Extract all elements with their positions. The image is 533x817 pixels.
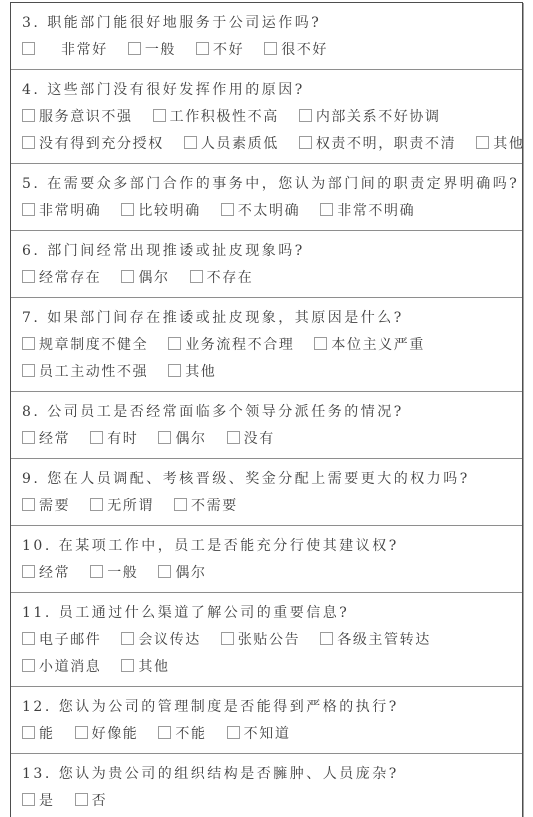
checkbox-option[interactable]: 非常明确	[22, 198, 101, 225]
checkbox-icon[interactable]	[121, 659, 134, 672]
checkbox-option[interactable]: 好像能	[75, 721, 139, 748]
question-title-7: 7. 如果部门间存在推诿或扯皮现象，其原因是什么?	[22, 305, 512, 332]
option-label: 有时	[107, 431, 138, 447]
checkbox-option[interactable]: 不知道	[227, 721, 291, 748]
option-label: 经常存在	[39, 270, 101, 286]
checkbox-icon[interactable]	[22, 270, 35, 283]
checkbox-option[interactable]: 偶尔	[158, 426, 206, 453]
checkbox-option[interactable]: 业务流程不合理	[168, 332, 294, 359]
question-row-13: 13. 您认为贵公司的组织结构是否臃肿、人员庞杂?是否	[11, 753, 522, 817]
checkbox-icon[interactable]	[22, 498, 35, 511]
question-row-4: 4. 这些部门没有很好发挥作用的原因?服务意识不强工作积极性不高内部关系不好协调…	[11, 69, 522, 163]
checkbox-option[interactable]: 小道消息	[22, 654, 101, 681]
option-label: 电子邮件	[39, 632, 101, 648]
option-label: 服务意识不强	[39, 109, 133, 125]
option-label: 不需要	[191, 498, 238, 514]
checkbox-icon[interactable]	[22, 109, 35, 122]
checkbox-icon[interactable]	[22, 203, 35, 216]
option-label: 非常不明确	[337, 203, 415, 219]
checkbox-icon[interactable]	[75, 793, 88, 806]
option-label: 业务流程不合理	[185, 337, 294, 353]
question-row-11: 11. 员工通过什么渠道了解公司的重要信息?电子邮件会议传达张贴公告各级主管转达…	[11, 592, 522, 686]
option-label: 本位主义严重	[331, 337, 425, 353]
checkbox-option[interactable]: 经常	[22, 426, 70, 453]
checkbox-option[interactable]: 有时	[90, 426, 138, 453]
checkbox-icon[interactable]	[320, 632, 333, 645]
options-row: 经常一般偶尔	[22, 560, 512, 587]
option-label: 偶尔	[175, 431, 206, 447]
checkbox-icon[interactable]	[22, 136, 35, 149]
checkbox-option[interactable]: 本位主义严重	[314, 332, 425, 359]
option-label: 不好	[213, 42, 244, 58]
option-label: 偶尔	[175, 565, 206, 581]
option-label: 其他	[185, 364, 216, 380]
checkbox-icon[interactable]	[121, 632, 134, 645]
question-row-12: 12. 您认为公司的管理制度是否能得到严格的执行?能好像能不能不知道	[11, 686, 522, 753]
option-label: 一般	[107, 565, 138, 581]
checkbox-icon[interactable]	[221, 632, 234, 645]
option-label: 会议传达	[138, 632, 200, 648]
checkbox-icon[interactable]	[22, 42, 35, 55]
checkbox-icon[interactable]	[476, 136, 489, 149]
option-label: 经常	[39, 431, 70, 447]
checkbox-icon[interactable]	[174, 498, 187, 511]
checkbox-icon[interactable]	[158, 726, 171, 739]
option-label: 一般	[145, 42, 176, 58]
question-row-9: 9. 您在人员调配、考核晋级、奖金分配上需要更大的权力吗?需要无所谓不需要	[11, 458, 522, 525]
options-row: 规章制度不健全业务流程不合理本位主义严重	[22, 332, 512, 359]
checkbox-option[interactable]: 各级主管转达	[320, 627, 431, 654]
checkbox-icon[interactable]	[264, 42, 277, 55]
checkbox-option[interactable]: 很不好	[264, 37, 328, 64]
question-title-9: 9. 您在人员调配、考核晋级、奖金分配上需要更大的权力吗?	[22, 466, 512, 493]
checkbox-icon[interactable]	[22, 726, 35, 739]
checkbox-option[interactable]: 一般	[90, 560, 138, 587]
question-title-13: 13. 您认为贵公司的组织结构是否臃肿、人员庞杂?	[22, 761, 512, 788]
checkbox-option[interactable]: 内部关系不好协调	[299, 104, 441, 131]
option-label: 不太明确	[238, 203, 300, 219]
checkbox-icon[interactable]	[158, 565, 171, 578]
checkbox-icon[interactable]	[22, 793, 35, 806]
options-row: 是否	[22, 788, 512, 815]
option-label: 权责不明，职责不清	[316, 136, 456, 152]
checkbox-option[interactable]: 电子邮件	[22, 627, 101, 654]
checkbox-icon[interactable]	[90, 498, 103, 511]
checkbox-icon[interactable]	[320, 203, 333, 216]
question-title-8: 8. 公司员工是否经常面临多个领导分派任务的情况?	[22, 399, 512, 426]
option-label: 张贴公告	[238, 632, 300, 648]
option-label: 没有	[244, 431, 275, 447]
checkbox-icon[interactable]	[221, 203, 234, 216]
options-row: 能好像能不能不知道	[22, 721, 512, 748]
checkbox-icon[interactable]	[90, 431, 103, 444]
checkbox-option[interactable]: 非常好	[22, 37, 108, 64]
question-row-5: 5. 在需要众多部门合作的事务中，您认为部门间的职责定界明确吗?非常明确比较明确…	[11, 163, 522, 230]
question-title-4: 4. 这些部门没有很好发挥作用的原因?	[22, 77, 512, 104]
checkbox-option[interactable]: 比较明确	[121, 198, 200, 225]
checkbox-icon[interactable]	[90, 565, 103, 578]
checkbox-option[interactable]: 其他	[476, 131, 524, 158]
option-label: 比较明确	[138, 203, 200, 219]
option-label: 小道消息	[39, 659, 101, 675]
options-row: 没有得到充分授权人员素质低权责不明，职责不清其他	[22, 131, 512, 158]
checkbox-icon[interactable]	[196, 42, 209, 55]
checkbox-icon[interactable]	[168, 364, 181, 377]
options-row: 经常有时偶尔没有	[22, 426, 512, 453]
option-label: 工作积极性不高	[170, 109, 279, 125]
option-label: 不存在	[207, 270, 254, 286]
option-label: 内部关系不好协调	[316, 109, 441, 125]
option-label: 人员素质低	[201, 136, 279, 152]
checkbox-option[interactable]: 偶尔	[158, 560, 206, 587]
checkbox-option[interactable]: 经常	[22, 560, 70, 587]
option-label: 能	[39, 726, 55, 742]
checkbox-icon[interactable]	[158, 431, 171, 444]
options-row: 服务意识不强工作积极性不高内部关系不好协调	[22, 104, 512, 131]
question-title-6: 6. 部门间经常出现推诿或扯皮现象吗?	[22, 238, 512, 265]
option-label: 其他	[493, 136, 524, 152]
question-row-6: 6. 部门间经常出现推诿或扯皮现象吗?经常存在偶尔不存在	[11, 230, 522, 297]
options-row: 非常好一般不好很不好	[22, 37, 512, 64]
option-label: 各级主管转达	[337, 632, 431, 648]
checkbox-option[interactable]: 不能	[158, 721, 206, 748]
option-label: 好像能	[92, 726, 139, 742]
checkbox-option[interactable]: 权责不明，职责不清	[299, 131, 456, 158]
options-row: 非常明确比较明确不太明确非常不明确	[22, 198, 512, 225]
questionnaire-table: 3. 职能部门能很好地服务于公司运作吗?非常好一般不好很不好4. 这些部门没有很…	[10, 2, 523, 817]
option-label: 无所谓	[107, 498, 154, 514]
options-row: 经常存在偶尔不存在	[22, 265, 512, 292]
checkbox-option[interactable]: 员工主动性不强	[22, 359, 148, 386]
checkbox-icon[interactable]	[190, 270, 203, 283]
options-row: 小道消息其他	[22, 654, 512, 681]
checkbox-icon[interactable]	[227, 726, 240, 739]
checkbox-icon[interactable]	[121, 203, 134, 216]
checkbox-icon[interactable]	[314, 337, 327, 350]
checkbox-option[interactable]: 其他	[121, 654, 169, 681]
question-row-7: 7. 如果部门间存在推诿或扯皮现象，其原因是什么?规章制度不健全业务流程不合理本…	[11, 297, 522, 391]
checkbox-option[interactable]: 服务意识不强	[22, 104, 133, 131]
option-label: 非常明确	[39, 203, 101, 219]
option-label: 否	[92, 793, 108, 809]
option-label: 不能	[175, 726, 206, 742]
checkbox-icon[interactable]	[22, 431, 35, 444]
question-title-3: 3. 职能部门能很好地服务于公司运作吗?	[22, 10, 512, 37]
checkbox-option[interactable]: 不好	[196, 37, 244, 64]
checkbox-option[interactable]: 无所谓	[90, 493, 154, 520]
option-label: 不知道	[244, 726, 291, 742]
checkbox-option[interactable]: 需要	[22, 493, 70, 520]
option-label: 很不好	[281, 42, 328, 58]
question-row-8: 8. 公司员工是否经常面临多个领导分派任务的情况?经常有时偶尔没有	[11, 391, 522, 458]
checkbox-option[interactable]: 会议传达	[121, 627, 200, 654]
option-label: 规章制度不健全	[39, 337, 148, 353]
option-label: 没有得到充分授权	[39, 136, 164, 152]
checkbox-option[interactable]: 规章制度不健全	[22, 332, 148, 359]
options-row: 员工主动性不强其他	[22, 359, 512, 386]
checkbox-icon[interactable]	[22, 632, 35, 645]
question-title-10: 10. 在某项工作中，员工是否能充分行使其建议权?	[22, 533, 512, 560]
checkbox-option[interactable]: 是	[22, 788, 55, 815]
option-label: 需要	[39, 498, 70, 514]
checkbox-icon[interactable]	[22, 364, 35, 377]
checkbox-option[interactable]: 否	[75, 788, 108, 815]
checkbox-icon[interactable]	[121, 270, 134, 283]
checkbox-option[interactable]: 经常存在	[22, 265, 101, 292]
option-label: 偶尔	[138, 270, 169, 286]
question-row-10: 10. 在某项工作中，员工是否能充分行使其建议权?经常一般偶尔	[11, 525, 522, 592]
checkbox-icon[interactable]	[299, 136, 312, 149]
checkbox-option[interactable]: 不需要	[174, 493, 238, 520]
checkbox-icon[interactable]	[184, 136, 197, 149]
options-row: 需要无所谓不需要	[22, 493, 512, 520]
question-row-3: 3. 职能部门能很好地服务于公司运作吗?非常好一般不好很不好	[11, 3, 522, 69]
checkbox-option[interactable]: 没有得到充分授权	[22, 131, 164, 158]
checkbox-option[interactable]: 不太明确	[221, 198, 300, 225]
checkbox-icon[interactable]	[299, 109, 312, 122]
option-label: 员工主动性不强	[39, 364, 148, 380]
checkbox-option[interactable]: 人员素质低	[184, 131, 279, 158]
checkbox-option[interactable]: 其他	[168, 359, 216, 386]
option-label: 其他	[138, 659, 169, 675]
checkbox-icon[interactable]	[168, 337, 181, 350]
checkbox-option[interactable]: 一般	[128, 37, 176, 64]
checkbox-icon[interactable]	[75, 726, 88, 739]
checkbox-option[interactable]: 张贴公告	[221, 627, 300, 654]
checkbox-option[interactable]: 能	[22, 721, 55, 748]
options-row: 电子邮件会议传达张贴公告各级主管转达	[22, 627, 512, 654]
checkbox-option[interactable]: 非常不明确	[320, 198, 415, 225]
option-label: 非常好	[61, 42, 108, 58]
checkbox-icon[interactable]	[22, 337, 35, 350]
checkbox-option[interactable]: 不存在	[190, 265, 254, 292]
question-title-12: 12. 您认为公司的管理制度是否能得到严格的执行?	[22, 694, 512, 721]
option-label: 是	[39, 793, 55, 809]
option-label: 经常	[39, 565, 70, 581]
question-title-5: 5. 在需要众多部门合作的事务中，您认为部门间的职责定界明确吗?	[22, 171, 512, 198]
checkbox-icon[interactable]	[22, 565, 35, 578]
checkbox-icon[interactable]	[22, 659, 35, 672]
checkbox-option[interactable]: 偶尔	[121, 265, 169, 292]
checkbox-option[interactable]: 没有	[227, 426, 275, 453]
checkbox-option[interactable]: 工作积极性不高	[153, 104, 279, 131]
question-title-11: 11. 员工通过什么渠道了解公司的重要信息?	[22, 600, 512, 627]
checkbox-icon[interactable]	[227, 431, 240, 444]
checkbox-icon[interactable]	[153, 109, 166, 122]
checkbox-icon[interactable]	[128, 42, 141, 55]
